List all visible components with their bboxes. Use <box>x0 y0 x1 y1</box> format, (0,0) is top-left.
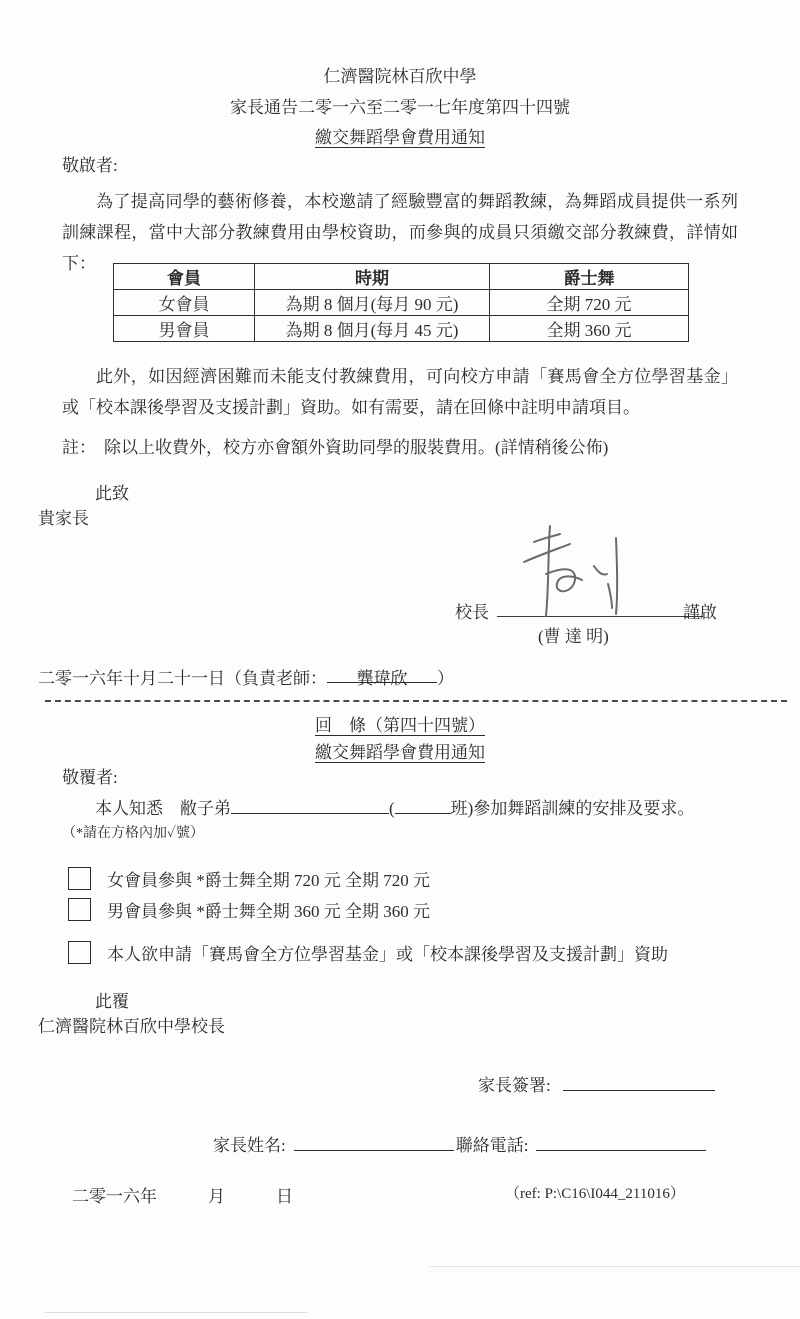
note-text: 除以上收費外，校方亦會額外資助同學的服裝費用。(詳情稍後公佈) <box>104 433 608 458</box>
teacher-name-blank[interactable]: 龔瑋欣 <box>327 664 437 683</box>
option-row-female: 女會員參與 *爵士舞全期 720 元 全期 720 元 <box>68 866 430 891</box>
reply-salutation: 敬覆者: <box>62 763 118 788</box>
parent-name-label: 家長姓名: <box>213 1136 286 1155</box>
phone-blank[interactable] <box>536 1132 706 1151</box>
male-option-label: 男會員參與 *爵士舞全期 360 元 全期 360 元 <box>107 897 430 922</box>
footer-ref: （ref: P:\C16\I044_211016） <box>505 1182 685 1203</box>
reply-title: 回 條（第四十四號） <box>0 711 800 736</box>
parent-sign-row: 家長簽署: <box>478 1071 715 1096</box>
notice-subject: 繳交舞蹈學會費用通知 <box>0 123 800 148</box>
tick-instruction: （*請在方格內加✓號） <box>62 822 204 842</box>
female-option-checkbox[interactable] <box>68 867 91 890</box>
note-label: 註： <box>62 433 104 458</box>
fee-cell: 全期 720 元 <box>490 290 689 316</box>
fee-header-member: 會員 <box>114 264 255 290</box>
note-row: 註： 除以上收費外，校方亦會額外資助同學的服裝費用。(詳情稍後公佈) <box>62 433 762 458</box>
ack-suffix: 班)參加舞蹈訓練的安排及要求。 <box>451 799 695 818</box>
teacher-name: 龔瑋欣 <box>357 669 408 688</box>
fee-header-period: 時期 <box>255 264 490 290</box>
principal-label: 校長 <box>455 598 489 623</box>
reply-closing-cifu: 此覆 <box>95 987 129 1012</box>
notice-page: 仁濟醫院林百欣中學 家長通告二零一六至二零一七年度第四十四號 繳交舞蹈學會費用通… <box>0 0 800 1319</box>
scan-artifact <box>45 1312 307 1313</box>
student-name-blank[interactable] <box>231 795 389 814</box>
female-option-label: 女會員參與 *爵士舞全期 720 元 全期 720 元 <box>107 866 430 891</box>
fee-table-row-male: 男會員 為期 8 個月(每月 45 元) 全期 360 元 <box>114 316 689 342</box>
school-name: 仁濟醫院林百欣中學 <box>0 62 800 87</box>
reply-subject: 繳交舞蹈學會費用通知 <box>0 738 800 763</box>
fee-table-header-row: 會員 時期 爵士舞 <box>114 264 689 290</box>
closing-parents: 貴家長 <box>38 504 89 529</box>
closing-cizhi: 此致 <box>95 479 129 504</box>
cut-dashed-line <box>45 700 787 702</box>
date-line-suffix: ） <box>437 669 454 688</box>
principal-signature-handwriting <box>512 524 652 619</box>
parent-signature-blank[interactable] <box>563 1072 715 1091</box>
notice-number: 家長通告二零一六至二零一七年度第四十四號 <box>0 93 800 118</box>
fee-cell: 女會員 <box>114 290 255 316</box>
fee-cell: 全期 360 元 <box>490 316 689 342</box>
date-line-prefix: 二零一六年十月二十一日（負責老師： <box>38 669 327 688</box>
ack-line: 本人知悉 敝子弟(班)參加舞蹈訓練的安排及要求。 <box>95 794 775 819</box>
fee-cell: 為期 8 個月(每月 90 元) <box>255 290 490 316</box>
reply-closing-principal: 仁濟醫院林百欣中學校長 <box>38 1012 225 1037</box>
fee-cell: 男會員 <box>114 316 255 342</box>
salutation: 敬啟者: <box>62 151 118 176</box>
ack-prefix: 本人知悉 敝子弟 <box>95 799 231 818</box>
option-row-subsidy: 本人欲申請「賽馬會全方位學習基金」或「校本課後學習及支援計劃」資助 <box>68 940 668 965</box>
subsidy-option-checkbox[interactable] <box>68 941 91 964</box>
phone-label: 聯絡電話: <box>456 1136 529 1155</box>
parent-name-blank[interactable] <box>294 1132 454 1151</box>
parent-sign-label: 家長簽署: <box>478 1076 551 1095</box>
footer-date: 二零一六年 月 日 <box>72 1182 293 1207</box>
fee-cell: 為期 8 個月(每月 45 元) <box>255 316 490 342</box>
class-blank[interactable] <box>395 795 451 814</box>
fee-table: 會員 時期 爵士舞 女會員 為期 8 個月(每月 90 元) 全期 720 元 … <box>113 263 689 342</box>
option-row-male: 男會員參與 *爵士舞全期 360 元 全期 360 元 <box>68 897 430 922</box>
subsidy-option-label: 本人欲申請「賽馬會全方位學習基金」或「校本課後學習及支援計劃」資助 <box>107 940 668 965</box>
principal-respectfully: 謹啟 <box>683 598 717 623</box>
scan-artifact <box>430 1266 800 1267</box>
fee-table-row-female: 女會員 為期 8 個月(每月 90 元) 全期 720 元 <box>114 290 689 316</box>
paragraph-subsidy: 此外，如因經濟困難而未能支付教練費用，可向校方申請「賽馬會全方位學習基金」或「校… <box>62 361 738 423</box>
male-option-checkbox[interactable] <box>68 898 91 921</box>
date-teacher-line: 二零一六年十月二十一日（負責老師：龔瑋欣） <box>38 664 454 689</box>
principal-name: (曹 達 明) <box>538 622 609 647</box>
parent-name-phone-row: 家長姓名:聯絡電話: <box>213 1131 706 1156</box>
fee-header-jazz: 爵士舞 <box>490 264 689 290</box>
